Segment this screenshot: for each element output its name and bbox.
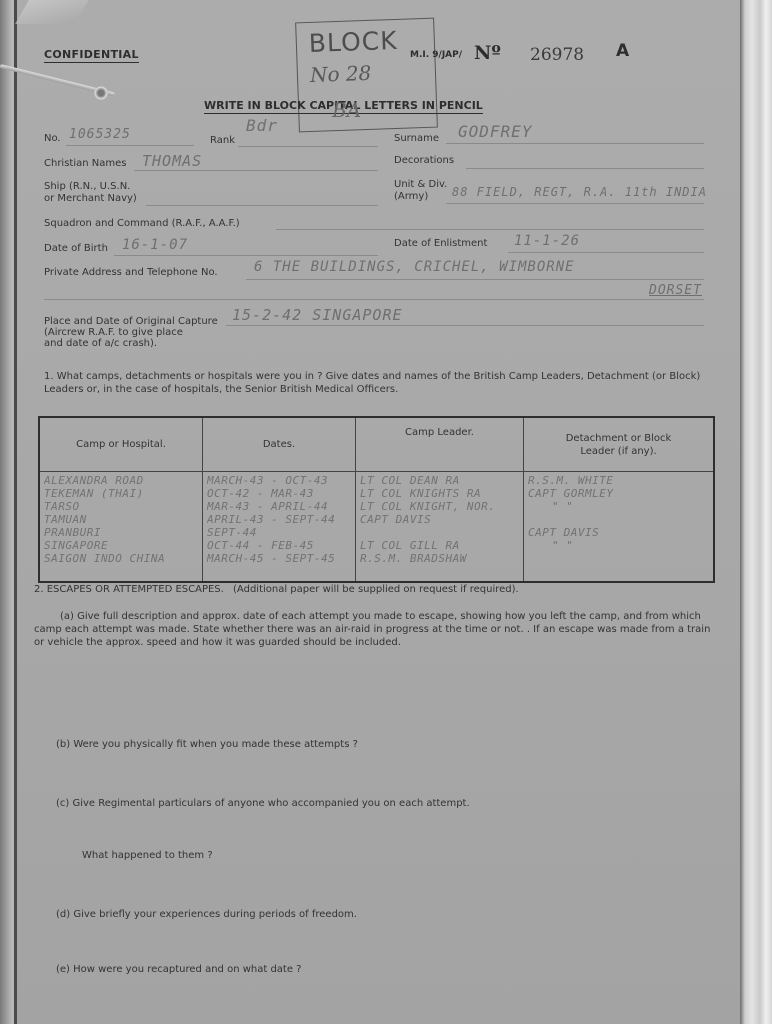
ship-label-line2: or Merchant Navy)	[44, 193, 137, 205]
block-leader-entry: " "	[528, 539, 709, 552]
camp-entry: TEKEMAN (THAI)	[44, 487, 198, 500]
serial-number: 26978	[530, 45, 584, 65]
camp-leader-entry: CAPT DAVIS	[360, 513, 519, 526]
camp-column[interactable]: ALEXANDRA ROAD TEKEMAN (THAI) TARSO TAMU…	[39, 472, 203, 583]
question-2c-followup: What happened to them ?	[82, 849, 213, 862]
capture-line	[226, 325, 704, 326]
capture-label-line2: (Aircrew R.A.F. to give place	[44, 327, 218, 338]
address-line1	[246, 279, 704, 280]
enlistment-field[interactable]: 11-1-26	[514, 233, 580, 249]
capture-label: Place and Date of Original Capture (Airc…	[44, 316, 218, 349]
surname-line	[446, 143, 704, 144]
serial-number-label: Nº	[474, 42, 501, 64]
dates-entry: OCT-44 - FEB-45	[207, 539, 351, 552]
unit-label-line1: Unit & Div.	[394, 179, 447, 191]
question-2c: (c) Give Regimental particulars of anyon…	[56, 797, 470, 810]
christian-names-line	[134, 170, 378, 171]
stamp-block-text: BLOCK	[308, 26, 398, 58]
christian-names-field[interactable]: THOMAS	[142, 152, 202, 170]
ship-line	[146, 205, 378, 206]
capture-label-line1: Place and Date of Original Capture	[44, 316, 218, 327]
squadron-line	[276, 229, 704, 230]
surname-field[interactable]: GODFREY	[458, 122, 532, 141]
rank-label: Rank	[210, 135, 235, 146]
enlistment-label: Date of Enlistment	[394, 238, 487, 249]
camp-entry: SINGAPORE	[44, 539, 198, 552]
block-leader-column[interactable]: R.S.M. WHITE CAPT GORMLEY " " CAPT DAVIS…	[524, 472, 715, 583]
ship-label: Ship (R.N., U.S.N. or Merchant Navy)	[44, 181, 137, 205]
ship-label-line1: Ship (R.N., U.S.N.	[44, 181, 137, 193]
block-leader-entry: " "	[528, 500, 709, 513]
form-page: CONFIDENTIAL BLOCK No 28 M.I. 9/JAP/ Nº …	[14, 0, 740, 1024]
rank-field[interactable]: Bdr	[246, 116, 278, 135]
dates-entry: MARCH-43 - OCT-43	[207, 474, 351, 487]
camp-leader-entry: R.S.M. BRADSHAW	[360, 552, 519, 565]
squadron-label: Squadron and Command (R.A.F., A.A.F.)	[44, 218, 240, 229]
section1-question: 1. What camps, detachments or hospitals …	[44, 370, 714, 396]
decorations-line	[466, 168, 704, 169]
unit-field[interactable]: 88 FIELD, REGT, R.A. 11th INDIA	[452, 185, 707, 199]
section2-title: 2. ESCAPES OR ATTEMPTED ESCAPES.	[34, 584, 224, 595]
surname-label: Surname	[394, 133, 439, 144]
unit-label-line2: (Army)	[394, 191, 447, 203]
decorations-label: Decorations	[394, 155, 454, 166]
header-camp-leader: Camp Leader.	[356, 417, 524, 472]
classification-label: CONFIDENTIAL	[44, 48, 139, 63]
reference-code: M.I. 9/JAP/	[410, 50, 462, 60]
address-line2	[44, 299, 704, 300]
page-spine	[14, 0, 17, 1024]
section2-note: (Additional paper will be supplied on re…	[233, 584, 519, 595]
address-field-line1[interactable]: 6 THE BUILDINGS, CRICHEL, WIMBORNE	[254, 259, 575, 275]
dob-label: Date of Birth	[44, 243, 108, 254]
block-stamp: BLOCK No 28	[295, 18, 438, 133]
camp-entry: ALEXANDRA ROAD	[44, 474, 198, 487]
dates-entry: OCT-42 - MAR-43	[207, 487, 351, 500]
header-block-leader: Detachment or Block Leader (if any).	[524, 417, 715, 472]
no-label: No.	[44, 133, 61, 144]
camp-leader-entry: LT COL GILL RA	[360, 539, 519, 552]
capture-label-line3: and date of a/c crash).	[44, 338, 218, 349]
camp-leader-column[interactable]: LT COL DEAN RA LT COL KNIGHTS RA LT COL …	[356, 472, 524, 583]
camp-leader-entry	[360, 526, 519, 539]
address-label: Private Address and Telephone No.	[44, 267, 218, 278]
enlistment-line	[508, 252, 704, 253]
question-2a: (a) Give full description and approx. da…	[34, 610, 714, 649]
block-leader-entry: CAPT GORMLEY	[528, 487, 709, 500]
camp-entry: TARSO	[44, 500, 198, 513]
camp-entry: SAIGON INDO CHINA	[44, 552, 198, 565]
question-2d: (d) Give briefly your experiences during…	[56, 908, 357, 921]
camp-entry: TAMUAN	[44, 513, 198, 526]
eyelet-icon	[94, 86, 108, 100]
camp-leader-entry: LT COL DEAN RA	[360, 474, 519, 487]
block-leader-entry	[528, 513, 709, 526]
block-leader-entry: CAPT DAVIS	[528, 526, 709, 539]
question-2b: (b) Were you physically fit when you mad…	[56, 738, 358, 751]
dob-line	[114, 255, 378, 256]
unit-label: Unit & Div. (Army)	[394, 179, 447, 203]
corner-fold	[15, 0, 89, 24]
address-field-line2[interactable]: DORSET	[649, 283, 702, 298]
camps-table: Camp or Hospital. Dates. Camp Leader. De…	[38, 416, 715, 583]
question-2e: (e) How were you recaptured and on what …	[56, 963, 302, 976]
no-field[interactable]: 1065325	[69, 127, 131, 142]
christian-names-label: Christian Names	[44, 158, 126, 169]
section2-heading: 2. ESCAPES OR ATTEMPTED ESCAPES. (Additi…	[34, 584, 519, 595]
header-camp: Camp or Hospital.	[39, 417, 203, 472]
serial-suffix: A	[616, 41, 629, 61]
rank-line	[238, 146, 378, 147]
block-leader-entry: R.S.M. WHITE	[528, 474, 709, 487]
dates-entry: APRIL-43 - SEPT-44	[207, 513, 351, 526]
dob-field[interactable]: 16-1-07	[122, 237, 188, 253]
no-line	[66, 145, 194, 146]
unit-line	[446, 203, 704, 204]
folder-edge-pages	[740, 0, 772, 1024]
camp-leader-entry: LT COL KNIGHTS RA	[360, 487, 519, 500]
dates-entry: MARCH-45 - SEPT-45	[207, 552, 351, 565]
dates-entry: MAR-43 - APRIL-44	[207, 500, 351, 513]
dates-entry: SEPT-44	[207, 526, 351, 539]
table-row: ALEXANDRA ROAD TEKEMAN (THAI) TARSO TAMU…	[39, 472, 714, 583]
dates-column[interactable]: MARCH-43 - OCT-43 OCT-42 - MAR-43 MAR-43…	[203, 472, 356, 583]
capture-field[interactable]: 15-2-42 SINGAPORE	[232, 306, 403, 324]
header-dates: Dates.	[203, 417, 356, 472]
handwritten-mark: BA	[332, 98, 361, 122]
stamp-block-number: No 28	[310, 61, 372, 87]
camp-leader-entry: LT COL KNIGHT, NOR.	[360, 500, 519, 513]
camp-entry: PRANBURI	[44, 526, 198, 539]
